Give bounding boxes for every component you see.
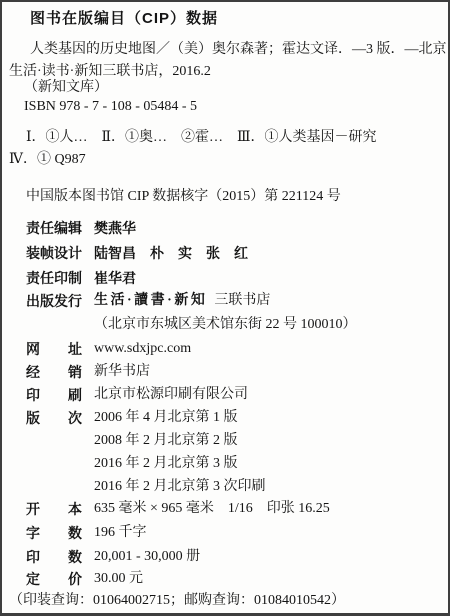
publisher-brand: 生活·讀書·新知 [94,293,207,309]
publisher-address: （北京市东城区美术馆东街 22 号 100010） [94,317,357,333]
info-label: 网 址 [26,341,83,357]
spec-value: 635 毫米 × 965 毫米 1/16 印张 16.25 [94,501,330,517]
staff-row-designer: 装帧设计 陆智昌 朴 实 张 红 [26,245,248,261]
cip-header: 图书在版编目（CIP）数据 [30,11,218,27]
edition-history-line: 2016 年 2 月北京第 3 版 [94,456,238,472]
role-label: 责任编辑 [26,220,83,236]
info-label: 印 刷 [26,387,83,403]
info-value: www.sdxjpc.com [94,341,191,357]
info-label: 版 次 [26,410,83,426]
info-value: 2006 年 4 月北京第 1 版 [94,410,238,426]
spec-label: 印 数 [26,549,83,565]
edition-history-line: 2008 年 2 月北京第 2 版 [94,433,238,449]
spec-row-format: 开 本 635 毫米 × 965 毫米 1/16 印张 16.25 [26,501,330,517]
person-name: 崔华君 [94,270,136,286]
staff-row-editor: 责任编辑 樊燕华 [26,220,136,236]
info-row-website: 网 址 www.sdxjpc.com [26,341,191,357]
series-note: （新知文库） [24,80,108,96]
classification-line-2: Ⅳ．① Q987 [9,152,86,168]
info-value: 北京市松源印刷有限公司 [94,387,248,403]
book-title-line-1: 人类基因的历史地图／（美）奥尔森著；霍达文译．—3 版．—北京： [30,42,450,58]
spec-label: 定 价 [26,571,83,587]
person-name: 樊燕华 [94,220,136,236]
info-label: 经 销 [26,364,83,380]
spec-row-price: 定 价 30.00 元 [26,571,143,587]
info-row-edition: 版 次 2006 年 4 月北京第 1 版 [26,410,238,426]
publisher-row: 出版发行 生活·讀書·新知 三联书店 [26,293,270,309]
role-label: 装帧设计 [26,245,83,261]
spec-row-print-run: 印 数 20,001 - 30,000 册 [26,549,200,565]
spec-label: 开 本 [26,501,83,517]
publisher-suffix: 三联书店 [214,293,270,309]
classification-line-1: Ⅰ．①人… Ⅱ．①奥… ②霍… Ⅲ．①人类基因－研究 [26,130,377,146]
book-title-line-2: 生活·读书·新知三联书店，2016.2 [9,64,211,80]
role-label: 责任印制 [26,270,83,286]
person-name: 陆智昌 朴 实 张 红 [94,245,248,261]
info-row-distributor: 经 销 新华书店 [26,364,150,380]
cip-record-number: 中国版本图书馆 CIP 数据核字（2015）第 221124 号 [26,189,341,205]
edition-history-line: 2016 年 2 月北京第 3 次印刷 [94,479,266,495]
spec-label: 字 数 [26,525,83,541]
info-row-printer: 印 刷 北京市松源印刷有限公司 [26,387,248,403]
publisher-label: 出版发行 [26,293,83,309]
spec-row-word-count: 字 数 196 千字 [26,525,147,541]
info-value: 新华书店 [94,364,150,380]
isbn-line: ISBN 978 - 7 - 108 - 05484 - 5 [24,99,197,115]
spec-value: 20,001 - 30,000 册 [94,549,200,565]
footer-inquiry-note: （印装查询：01064002715；邮购查询：01084010542） [9,593,345,609]
spec-value: 196 千字 [94,525,147,541]
cip-copyright-page: 图书在版编目（CIP）数据 人类基因的历史地图／（美）奥尔森著；霍达文译．—3 … [0,0,450,616]
staff-row-print-supervisor: 责任印制 崔华君 [26,270,136,286]
spec-value: 30.00 元 [94,571,143,587]
